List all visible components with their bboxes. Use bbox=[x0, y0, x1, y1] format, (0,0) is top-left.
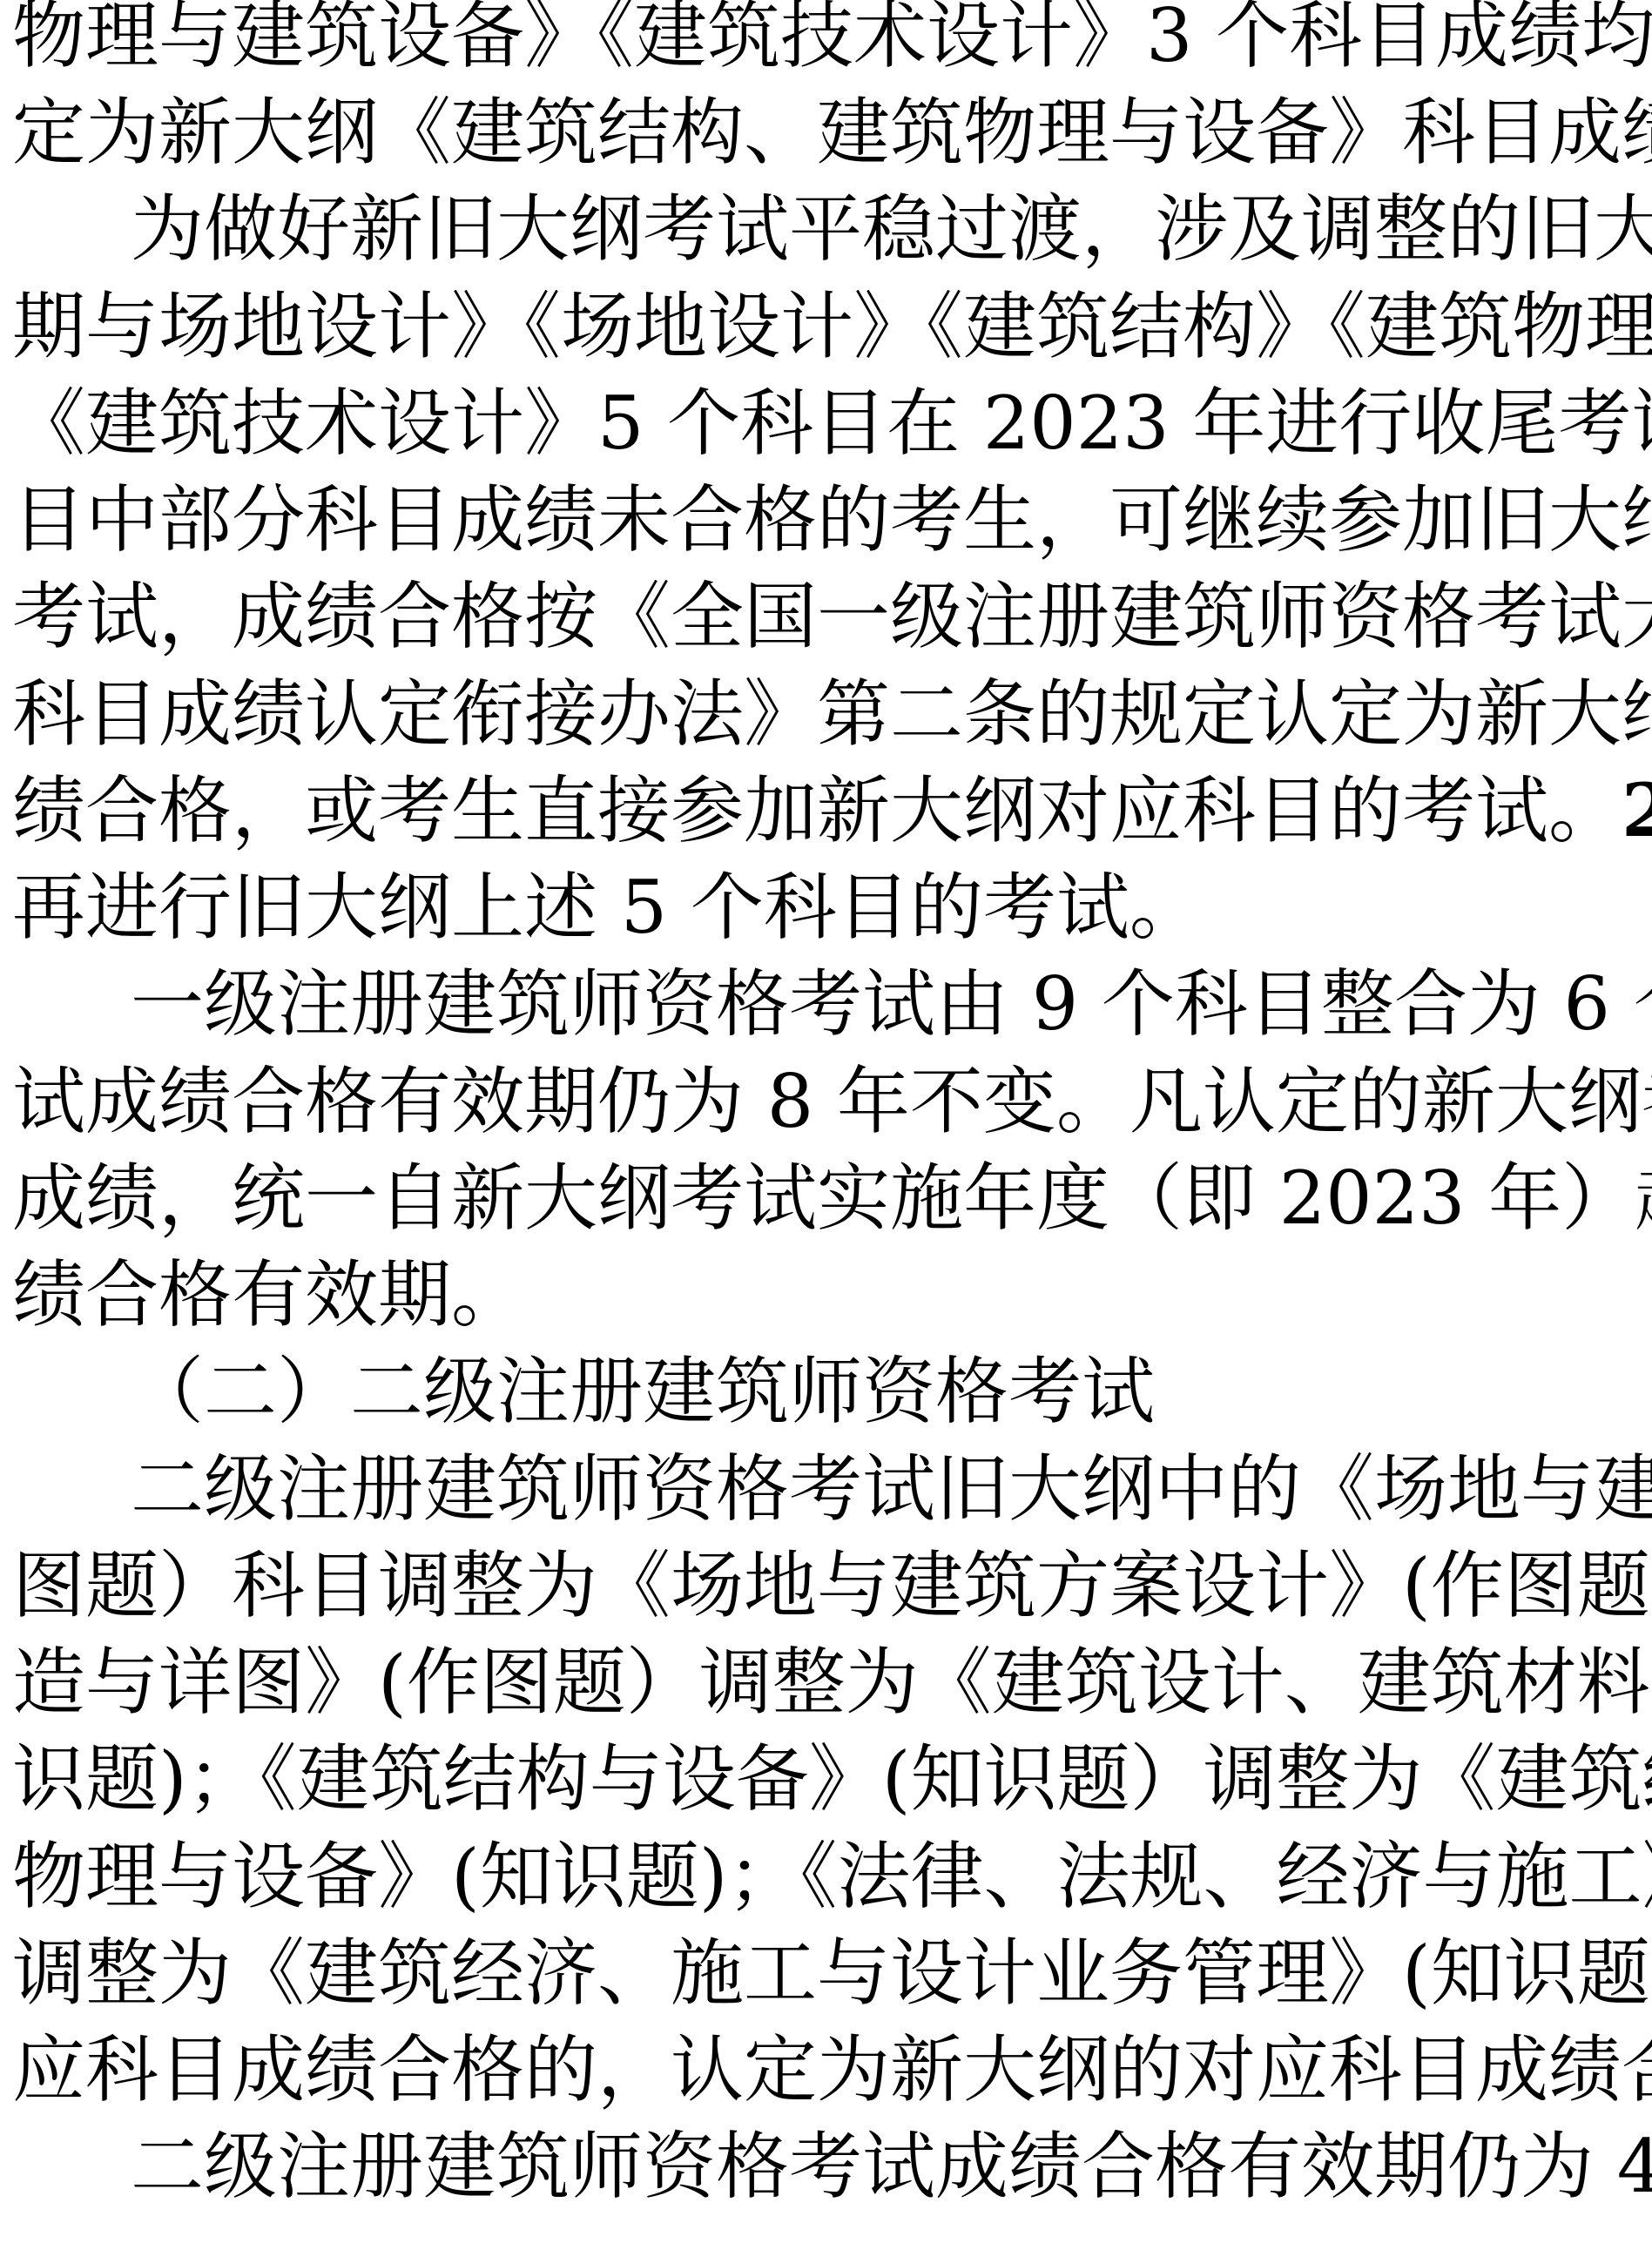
paragraph-line: 目中部分科目成绩未合格的考生，可继续参加旧大纲剩余科目的 bbox=[12, 476, 1634, 563]
bold-year: 2024 年 bbox=[1622, 767, 1652, 853]
paragraph-line: 成绩，统一自新大纲考试实施年度（即 2023 年）起计算 8 年成 bbox=[12, 1155, 1634, 1242]
paragraph-line: 识题)；《建筑结构与设备》(知识题）调整为《建筑结构、建筑 bbox=[12, 1735, 1634, 1822]
document-page: 物理与建筑设备》《建筑技术设计》3 个科目成绩均合格的，认 定为新大纲《建筑结构… bbox=[0, 0, 1652, 2243]
paragraph-line: 图题）科目调整为《场地与建筑方案设计》(作图题)；《建筑构 bbox=[12, 1542, 1634, 1629]
paragraph-line: 《建筑技术设计》5 个科目在 2023 年进行收尾考试，该 5 个科 bbox=[12, 380, 1634, 467]
paragraph-text: 绩合格，或考生直接参加新大纲对应科目的考试。 bbox=[12, 767, 1622, 854]
paragraph-line: 期与场地设计》《场地设计》《建筑结构》《建筑物理与建筑设备》 bbox=[12, 283, 1634, 370]
paragraph-line: 调整为《建筑经济、施工与设计业务管理》(知识题)。旧大纲相 bbox=[12, 1930, 1634, 2017]
paragraph-text-tail: 2024 年起不 bbox=[1622, 767, 1652, 854]
paragraph-line: 造与详图》(作图题）调整为《建筑设计、建筑材料与构造》(知 bbox=[12, 1639, 1634, 1726]
paragraph-line: 一级注册建筑师资格考试由 9 个科目整合为 6 个科目后，考 bbox=[131, 960, 1634, 1047]
paragraph-line: 定为新大纲《建筑结构、建筑物理与设备》科目成绩合格。 bbox=[12, 89, 1652, 176]
paragraph-line: 为做好新旧大纲考试平稳过渡，涉及调整的旧大纲《设计前 bbox=[131, 185, 1634, 273]
paragraph-line-with-bold: 绩合格，或考生直接参加新大纲对应科目的考试。 2024 年起不 bbox=[12, 767, 1634, 854]
paragraph-line: 考试，成绩合格按《全国一级注册建筑师资格考试大纲新旧考试 bbox=[12, 573, 1634, 660]
paragraph-line: 二级注册建筑师资格考试旧大纲中的《场地与建筑设计》(作 bbox=[131, 1445, 1634, 1532]
paragraph-line: 试成绩合格有效期仍为 8 年不变。凡认定的新大纲考试科目合格 bbox=[12, 1058, 1634, 1145]
paragraph-line: 物理与设备》(知识题)；《法律、法规、经济与施工》(知识题） bbox=[12, 1833, 1634, 1920]
paragraph-line: 二级注册建筑师资格考试成绩合格有效期仍为 4 年不变。凡 bbox=[131, 2123, 1634, 2210]
paragraph-line: 再进行旧大纲上述 5 个科目的考试。 bbox=[12, 864, 1203, 951]
paragraph-line: 科目成绩认定衔接办法》第二条的规定认定为新大纲对应科目成 bbox=[12, 670, 1634, 758]
paragraph-line: 绩合格有效期。 bbox=[12, 1251, 524, 1338]
paragraph-line: 应科目成绩合格的，认定为新大纲的对应科目成绩合格。 bbox=[12, 2026, 1652, 2113]
section-heading: （二）二级注册建筑师资格考试 bbox=[131, 1348, 1155, 1435]
paragraph-line: 物理与建筑设备》《建筑技术设计》3 个科目成绩均合格的，认 bbox=[12, 0, 1634, 79]
